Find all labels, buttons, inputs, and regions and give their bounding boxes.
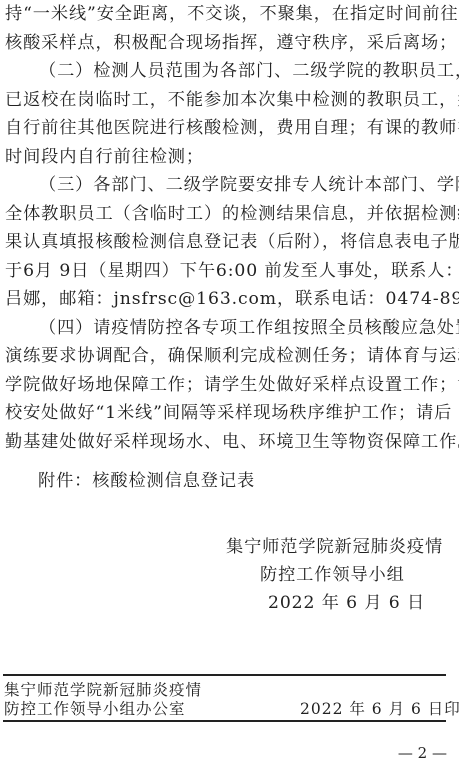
- body-line: 校安处做好“1米线”间隔等采样现场秩序维护工作；请后: [5, 399, 450, 428]
- body-line-section-4: （四）请疫情防控各专项工作组按照全员核酸应急处置: [5, 314, 450, 343]
- body-line: 核酸采样点，积极配合现场指挥，遵守秩序，采后离场；: [5, 29, 450, 58]
- body-line-section-3: （三）各部门、二级学院要安排专人统计本部门、学院: [5, 171, 450, 200]
- body-line: 已返校在岗临时工，不能参加本次集中检测的教职员工，须: [5, 86, 450, 115]
- body-line: 自行前往其他医院进行核酸检测，费用自理；有课的教师在: [5, 114, 450, 143]
- signature-org-line1: 集宁师范学院新冠肺炎疫情: [226, 532, 443, 557]
- footer-print-date: 2022 年 6 月 6 日印发: [300, 699, 459, 719]
- body-line: 勤基建处做好采样现场水、电、环境卫生等物资保障工作。: [5, 428, 450, 457]
- body-text: 持“一米线”安全距离，不交谈，不聚集，在指定时间前往 核酸采样点，积极配合现场指…: [5, 0, 450, 456]
- body-line: 时间段内自行前往检测；: [5, 143, 450, 172]
- body-line: 演练要求协调配合，确保顺利完成检测任务；请体育与运动: [5, 342, 450, 371]
- body-line-section-2: （二）检测人员范围为各部门、二级学院的教职员工，: [5, 57, 450, 86]
- signature-org-line2: 防控工作领导小组: [260, 560, 405, 585]
- footer-top-rule: [3, 674, 446, 676]
- body-line: 全体教职员工（含临时工）的检测结果信息，并依据检测结: [5, 200, 450, 229]
- page-number: — 2 —: [398, 744, 447, 762]
- body-line: 果认真填报核酸检测信息登记表（后附），将信息表电子版: [5, 228, 450, 257]
- footer-bottom-rule: [3, 720, 446, 722]
- attachment-note: 附件：核酸检测信息登记表: [38, 466, 255, 491]
- body-line: 于6月 9日（星期四）下午6:00 前发至人事处，联系人：: [5, 257, 450, 286]
- body-line-contact: 吕娜，邮箱：jnsfrsc@163.com，联系电话：0474-8989035；: [5, 285, 450, 314]
- signature-date: 2022 年 6 月 6 日: [268, 588, 425, 613]
- body-line: 持“一米线”安全距离，不交谈，不聚集，在指定时间前往: [5, 0, 450, 29]
- footer-issuer-line1: 集宁师范学院新冠肺炎疫情: [4, 680, 202, 700]
- footer-issuer-line2: 防控工作领导小组办公室: [4, 699, 186, 719]
- body-line: 学院做好场地保障工作；请学生处做好采样点设置工作；请: [5, 371, 450, 400]
